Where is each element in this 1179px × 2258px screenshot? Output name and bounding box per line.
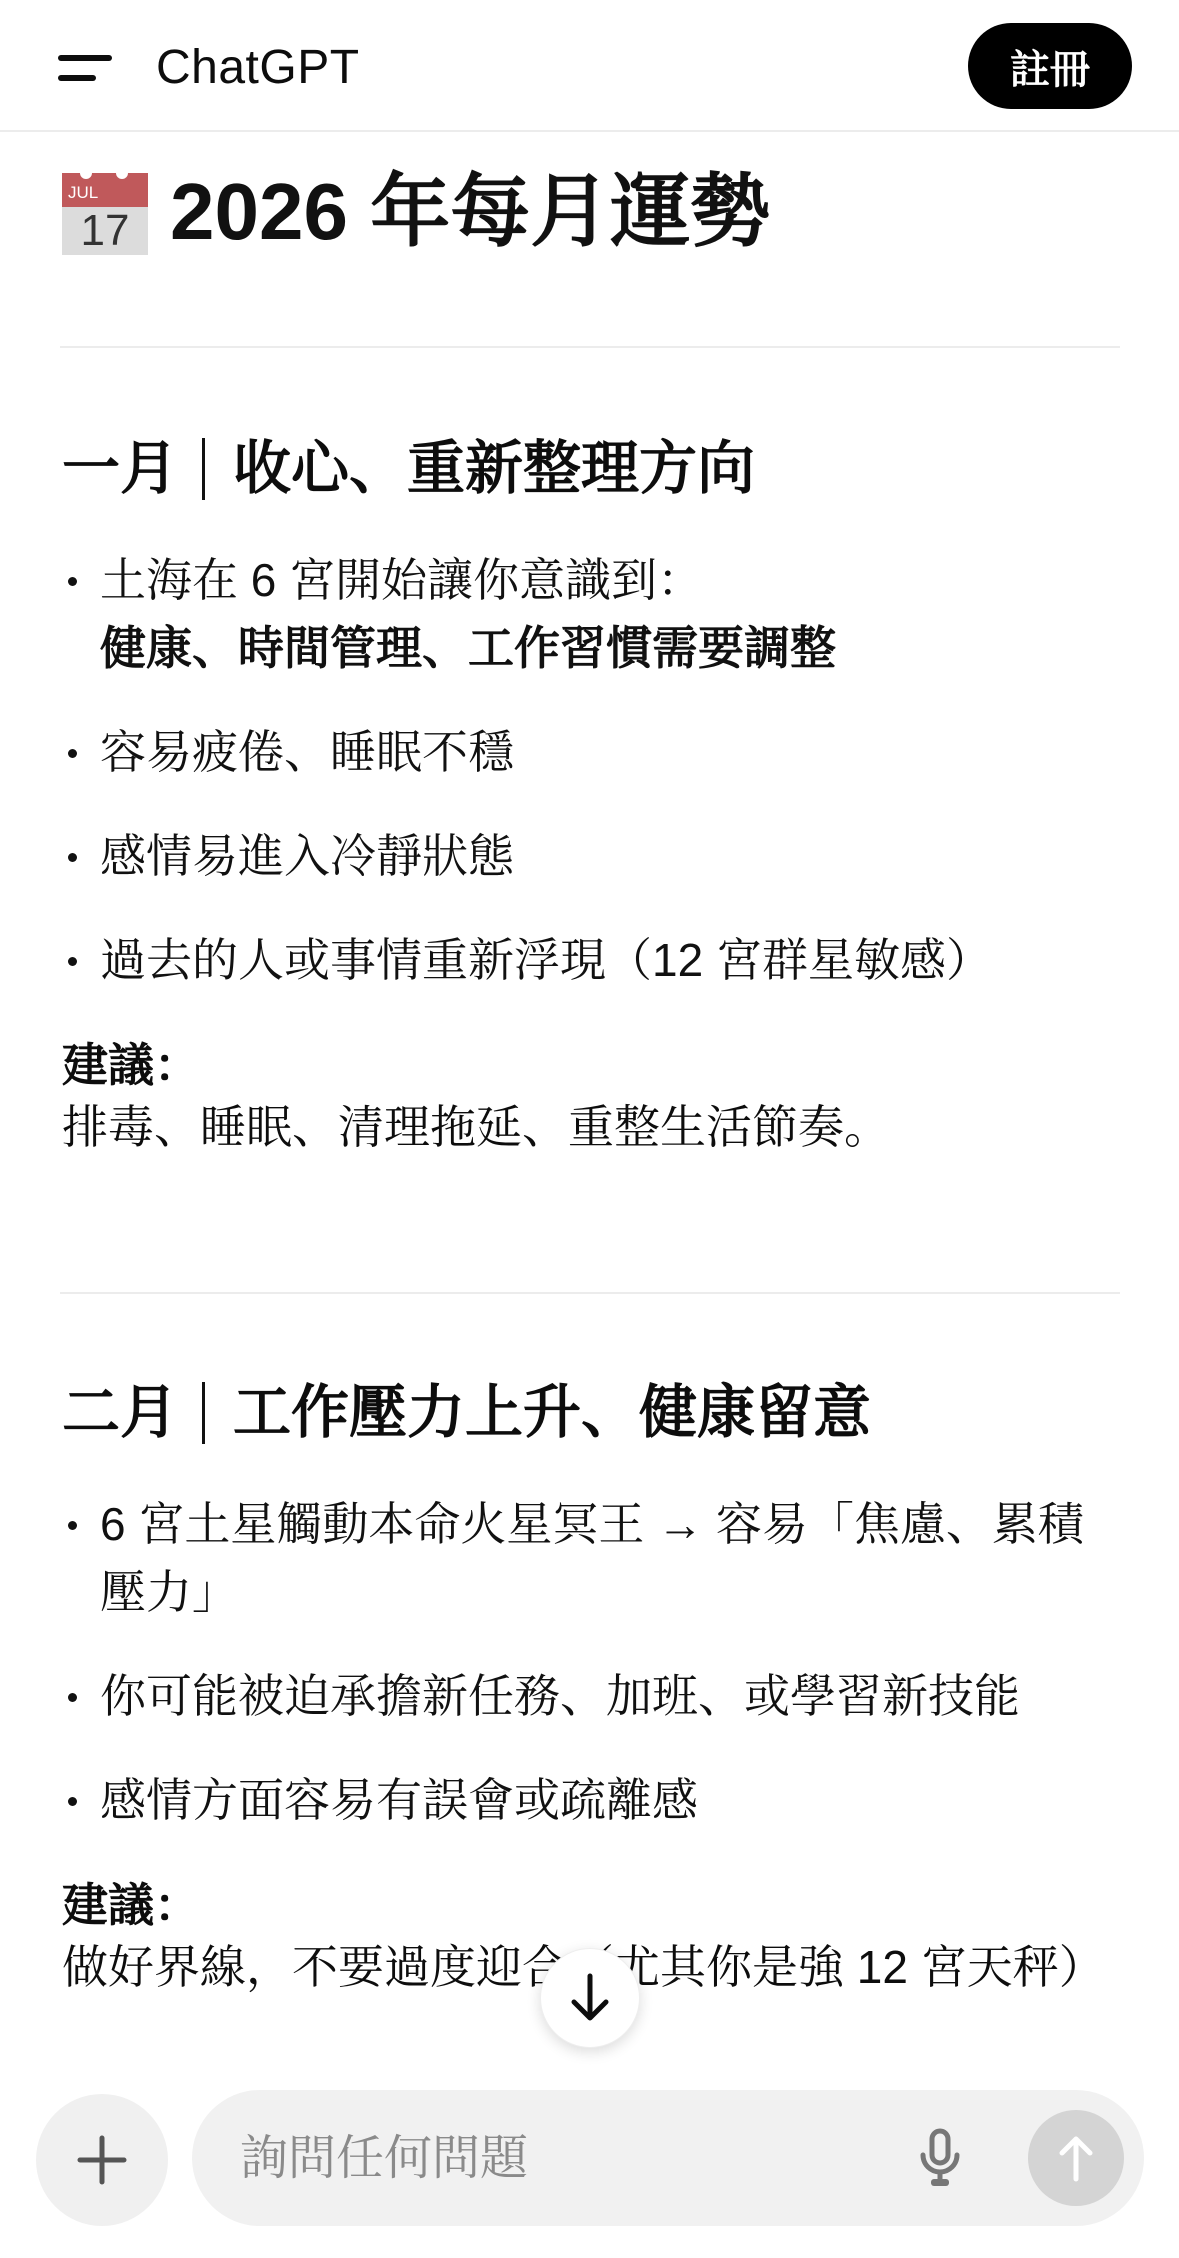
bullet-list: 土海在 6 宮開始讓你意識到： 健康、時間管理、工作習慣需要調整 容易疲倦、睡眠… — [62, 546, 1122, 994]
emphasis-text: 健康、時間管理、工作習慣需要調整 — [100, 614, 1122, 682]
month-theme: 工作壓力上升、健康留意 — [233, 1376, 871, 1450]
heading-separator — [202, 1382, 205, 1444]
month-heading: 一月 收心、重新整理方向 — [62, 432, 1122, 506]
hamburger-icon-line — [58, 75, 96, 81]
send-button[interactable] — [1028, 2110, 1124, 2206]
hamburger-icon — [58, 55, 112, 61]
message-input[interactable] — [240, 2124, 840, 2192]
advice-text: 排毒、睡眠、清理拖延、重整生活節奏。 — [62, 1096, 1122, 1158]
month-section-february: 二月 工作壓力上升、健康留意 6 宮土星觸動本命火星冥王 → 容易「焦慮、累積壓… — [62, 1376, 1122, 1998]
month-section-january: 一月 收心、重新整理方向 土海在 6 宮開始讓你意識到： 健康、時間管理、工作習… — [62, 432, 1122, 1158]
plus-icon — [76, 2134, 128, 2186]
attach-button[interactable] — [36, 2094, 168, 2226]
article-title: 2026 年每月運勢 — [170, 162, 770, 262]
calendar-icon: JUL 17 — [62, 169, 148, 255]
article-title-row: JUL 17 2026 年每月運勢 — [62, 162, 770, 262]
arrow-down-icon — [568, 1972, 612, 2024]
divider — [60, 346, 1120, 348]
arrow-up-icon — [1056, 2133, 1096, 2183]
bullet-list: 6 宮土星觸動本命火星冥王 → 容易「焦慮、累積壓力」 你可能被迫承擔新任務、加… — [62, 1490, 1122, 1834]
month-heading: 二月 工作壓力上升、健康留意 — [62, 1376, 1122, 1450]
list-item: 6 宮土星觸動本命火星冥王 → 容易「焦慮、累積壓力」 — [62, 1490, 1122, 1626]
signup-button[interactable]: 註冊 — [968, 23, 1132, 109]
list-item: 你可能被迫承擔新任務、加班、或學習新技能 — [62, 1662, 1122, 1730]
divider — [60, 1292, 1120, 1294]
month-name: 一月 — [62, 432, 178, 506]
voice-input-button[interactable] — [910, 2126, 970, 2190]
list-item: 感情方面容易有誤會或疏離感 — [62, 1766, 1122, 1834]
list-item: 容易疲倦、睡眠不穩 — [62, 718, 1122, 786]
composer-bar — [0, 2070, 1179, 2258]
list-item: 土海在 6 宮開始讓你意識到： 健康、時間管理、工作習慣需要調整 — [62, 546, 1122, 682]
advice-label: 建議： — [62, 1034, 1122, 1096]
scroll-to-bottom-button[interactable] — [540, 1948, 640, 2048]
list-item: 過去的人或事情重新浮現（12 宮群星敏感） — [62, 926, 1122, 994]
message-input-container — [192, 2090, 1144, 2226]
menu-button[interactable] — [58, 46, 122, 90]
month-theme: 收心、重新整理方向 — [233, 432, 755, 506]
top-bar: ChatGPT 註冊 — [0, 0, 1179, 132]
month-name: 二月 — [62, 1376, 178, 1450]
heading-separator — [202, 438, 205, 500]
app-title: ChatGPT — [156, 38, 360, 98]
advice-label: 建議： — [62, 1874, 1122, 1936]
list-item: 感情易進入冷靜狀態 — [62, 822, 1122, 890]
chat-content[interactable]: JUL 17 2026 年每月運勢 一月 收心、重新整理方向 土海在 6 宮開始… — [0, 132, 1179, 2070]
microphone-icon — [918, 2128, 962, 2188]
